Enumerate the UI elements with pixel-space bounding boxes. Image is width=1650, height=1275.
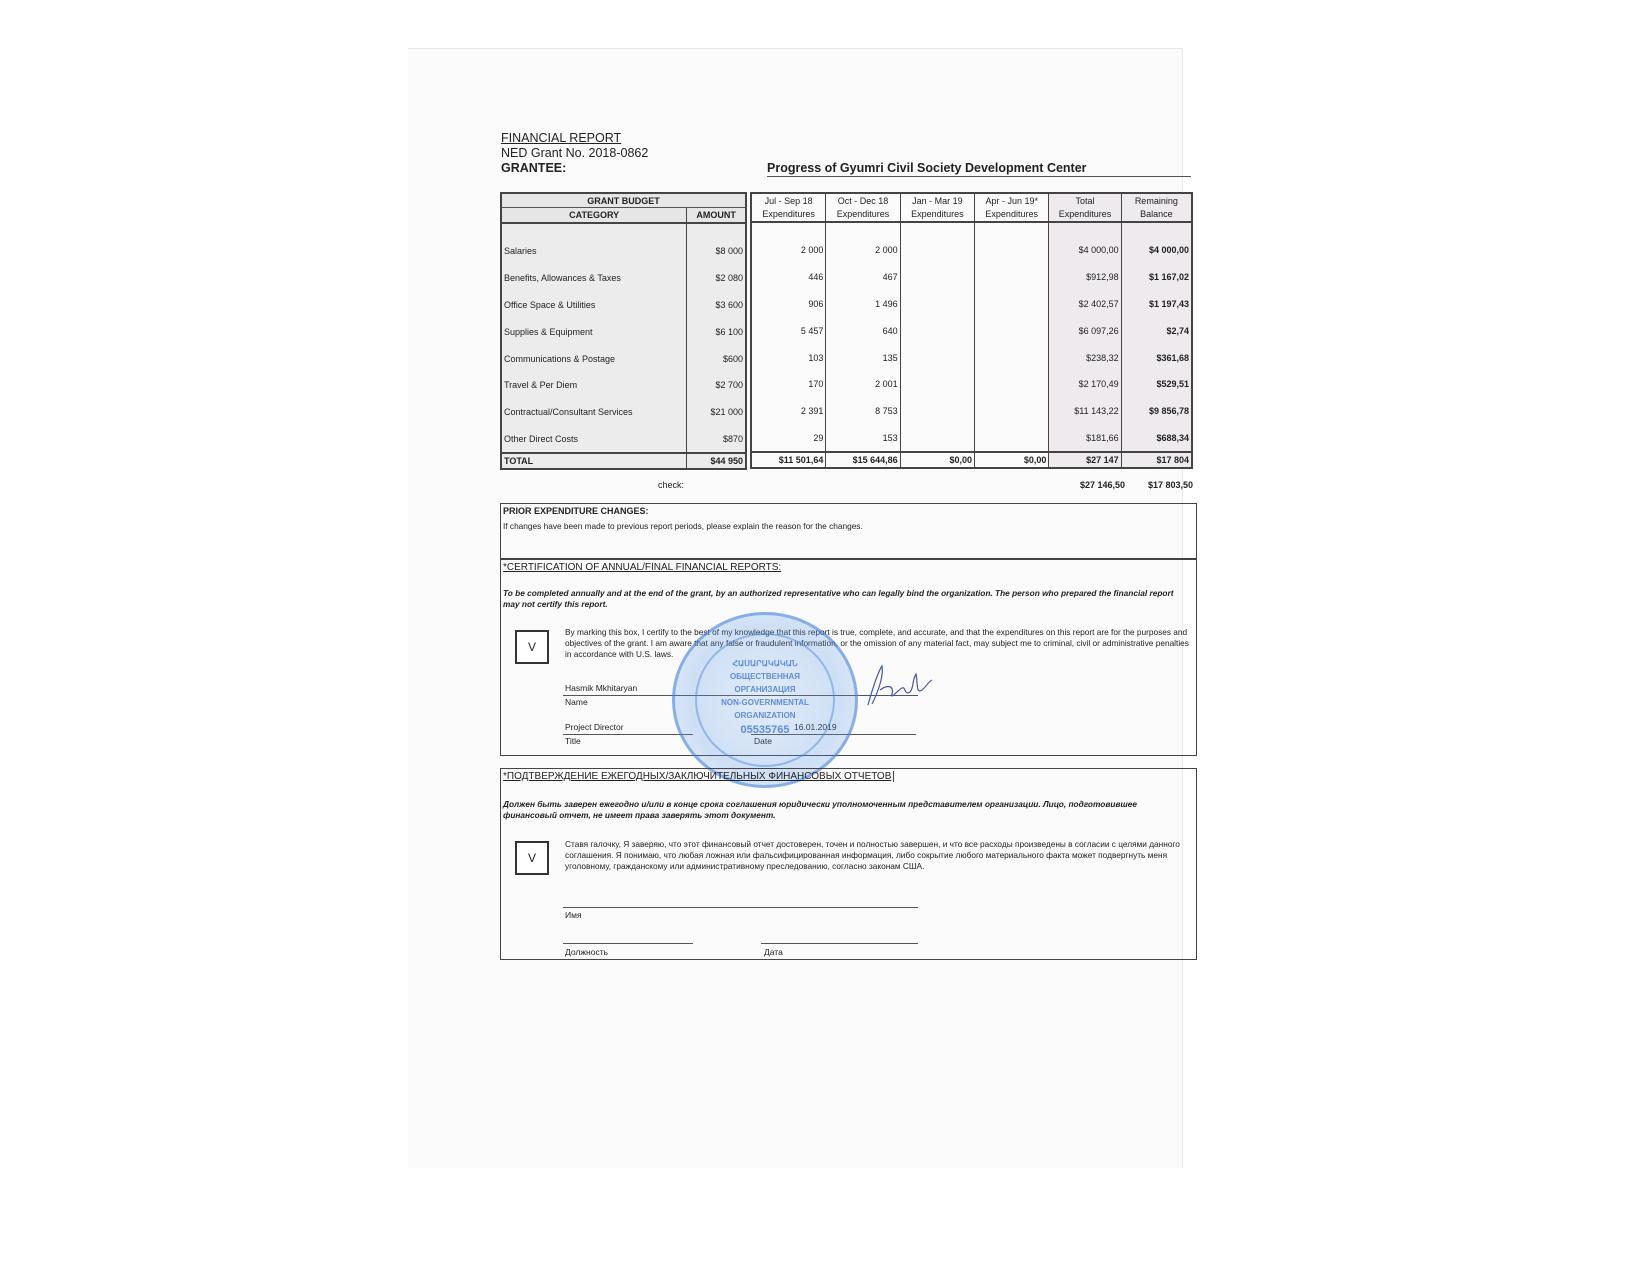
certification-ru-statement: Ставя галочку, Я заверяю, что этот финан… bbox=[565, 839, 1195, 872]
expenditure-cell: $1 167,02 bbox=[1121, 264, 1192, 291]
expenditure-cell: $4 000,00 bbox=[1049, 222, 1121, 264]
expenditure-cell: $238,32 bbox=[1049, 344, 1121, 371]
expenditure-cell bbox=[975, 425, 1049, 453]
expenditure-cell: $2,74 bbox=[1121, 317, 1192, 344]
header-line-2: Balance bbox=[1140, 209, 1173, 219]
grant-budget-table: GRANT BUDGET CATEGORY AMOUNT Salaries$8 … bbox=[500, 192, 747, 470]
col-category: CATEGORY bbox=[501, 208, 687, 224]
expenditure-cell: 2 000 bbox=[826, 222, 900, 264]
budget-category: Office Space & Utilities bbox=[501, 292, 687, 319]
check-label: check: bbox=[658, 480, 684, 490]
budget-category: Supplies & Equipment bbox=[501, 318, 687, 345]
expenditure-total-cell: $17 804 bbox=[1121, 452, 1192, 468]
budget-category: Benefits, Allowances & Taxes bbox=[501, 265, 687, 292]
expenditures-column-header: TotalExpenditures bbox=[1049, 193, 1121, 222]
header-line-1: Jan - Mar 19 bbox=[912, 196, 963, 206]
expenditure-cell bbox=[900, 291, 974, 318]
budget-total-row: TOTAL$44 950 bbox=[501, 453, 746, 469]
expenditures-row: 2 3918 753$11 143,22$9 856,78 bbox=[751, 398, 1192, 425]
ru-title-label: Должность bbox=[565, 947, 608, 957]
expenditure-cell: $529,51 bbox=[1121, 371, 1192, 398]
budget-category: Communications & Postage bbox=[501, 345, 687, 372]
title-line bbox=[563, 734, 693, 735]
budget-category: Contractual/Consultant Services bbox=[501, 399, 687, 426]
expenditure-total-cell: $0,00 bbox=[975, 452, 1049, 468]
ru-date-label: Дата bbox=[764, 947, 783, 957]
budget-category: Other Direct Costs bbox=[501, 426, 687, 454]
header-line-1: Apr - Jun 19* bbox=[985, 196, 1038, 206]
organization-stamp: ՀԱՍԱՐԱԿԱԿԱՆ ОБЩЕСТВЕННАЯ ОРГАНИЗАЦИЯ NON… bbox=[672, 612, 858, 788]
grant-number: NED Grant No. 2018-0862 bbox=[501, 146, 648, 160]
ru-name-line bbox=[563, 907, 918, 908]
expenditures-row: 446467$912,98$1 167,02 bbox=[751, 264, 1192, 291]
expenditure-cell: 135 bbox=[826, 344, 900, 371]
header-line-1: Remaining bbox=[1135, 196, 1178, 206]
budget-amount: $870 bbox=[687, 426, 746, 454]
budget-amount: $2 700 bbox=[687, 372, 746, 399]
expenditure-cell: $11 143,22 bbox=[1049, 398, 1121, 425]
expenditures-row: 9061 496$2 402,57$1 197,43 bbox=[751, 291, 1192, 318]
expenditure-cell: 2 000 bbox=[751, 222, 826, 264]
expenditure-cell bbox=[975, 371, 1049, 398]
expenditures-column-header: RemainingBalance bbox=[1121, 193, 1192, 222]
expenditure-cell: 170 bbox=[751, 371, 826, 398]
budget-amount: $3 600 bbox=[687, 292, 746, 319]
certification-checkbox[interactable]: V bbox=[515, 630, 549, 664]
budget-category: Travel & Per Diem bbox=[501, 372, 687, 399]
budget-category: Salaries bbox=[501, 223, 687, 265]
expenditure-cell: 2 001 bbox=[826, 371, 900, 398]
expenditures-column-header: Apr - Jun 19*Expenditures bbox=[975, 193, 1049, 222]
expenditures-row: 29153$181,66$688,34 bbox=[751, 425, 1192, 453]
expenditure-cell: $181,66 bbox=[1049, 425, 1121, 453]
expenditure-cell: 1 496 bbox=[826, 291, 900, 318]
prior-changes-title: PRIOR EXPENDITURE CHANGES: bbox=[503, 506, 649, 516]
budget-total-amount: $44 950 bbox=[687, 453, 746, 469]
expenditure-cell: $9 856,78 bbox=[1121, 398, 1192, 425]
expenditure-total-cell: $0,00 bbox=[900, 452, 974, 468]
expenditure-cell bbox=[900, 317, 974, 344]
header-line-2: Expenditures bbox=[837, 209, 890, 219]
header-line-1: Oct - Dec 18 bbox=[838, 196, 889, 206]
expenditure-cell: 8 753 bbox=[826, 398, 900, 425]
expenditure-cell bbox=[975, 291, 1049, 318]
signature-icon bbox=[860, 660, 935, 710]
grantee-name: Progress of Gyumri Civil Society Develop… bbox=[767, 161, 1191, 177]
stamp-line-4: NON-GOVERNMENTAL bbox=[675, 698, 855, 707]
expenditure-cell bbox=[975, 222, 1049, 264]
expenditure-cell: $688,34 bbox=[1121, 425, 1192, 453]
expenditure-cell: $912,98 bbox=[1049, 264, 1121, 291]
certification-ru-instructions: Должен быть заверен ежегодно и/или в кон… bbox=[503, 799, 1183, 821]
expenditure-cell: 906 bbox=[751, 291, 826, 318]
expenditure-cell: $6 097,26 bbox=[1049, 317, 1121, 344]
header-line-2: Expenditures bbox=[1059, 209, 1112, 219]
expenditure-cell: 2 391 bbox=[751, 398, 826, 425]
expenditures-row: 103135$238,32$361,68 bbox=[751, 344, 1192, 371]
certification-ru-title: *ПОДТВЕРЖДЕНИЕ ЕЖЕГОДНЫХ/ЗАКЛЮЧИТЕЛЬНЫХ … bbox=[503, 771, 894, 782]
stamp-line-2: ОБЩЕСТВЕННАЯ bbox=[675, 672, 855, 681]
budget-amount: $8 000 bbox=[687, 223, 746, 265]
expenditure-total-cell: $11 501,64 bbox=[751, 452, 826, 468]
expenditures-table: Jul - Sep 18ExpendituresOct - Dec 18Expe… bbox=[750, 192, 1193, 469]
ru-name-label: Имя bbox=[565, 910, 582, 920]
expenditure-total-cell: $27 147 bbox=[1049, 452, 1121, 468]
name-label: Name bbox=[565, 697, 588, 707]
expenditures-header-row: Jul - Sep 18ExpendituresOct - Dec 18Expe… bbox=[751, 193, 1192, 222]
budget-row: Salaries$8 000 bbox=[501, 223, 746, 265]
expenditure-cell: 29 bbox=[751, 425, 826, 453]
budget-amount: $21 000 bbox=[687, 399, 746, 426]
stamp-line-1: ՀԱՍԱՐԱԿԱԿԱՆ bbox=[675, 659, 855, 668]
budget-row: Office Space & Utilities$3 600 bbox=[501, 292, 746, 319]
budget-amount: $600 bbox=[687, 345, 746, 372]
stamp-line-3: ОРГАНИЗАЦИЯ bbox=[675, 685, 855, 694]
expenditure-cell bbox=[975, 344, 1049, 371]
check-total-expenditures: $27 146,50 bbox=[1080, 480, 1125, 490]
expenditures-total-row: $11 501,64$15 644,86$0,00$0,00$27 147$17… bbox=[751, 452, 1192, 468]
expenditure-cell bbox=[900, 371, 974, 398]
expenditure-cell: 103 bbox=[751, 344, 826, 371]
name-value[interactable]: Hasmik Mkhitaryan bbox=[565, 683, 637, 693]
certification-ru-section: *ПОДТВЕРЖДЕНИЕ ЕЖЕГОДНЫХ/ЗАКЛЮЧИТЕЛЬНЫХ … bbox=[500, 768, 1197, 960]
expenditure-cell: 153 bbox=[826, 425, 900, 453]
expenditures-column-header: Jul - Sep 18Expenditures bbox=[751, 193, 826, 222]
certification-instructions: To be completed annually and at the end … bbox=[503, 588, 1183, 610]
expenditures-column-header: Jan - Mar 19Expenditures bbox=[900, 193, 974, 222]
stamp-line-5: ORGANIZATION bbox=[675, 711, 855, 720]
expenditure-cell bbox=[900, 425, 974, 453]
expenditure-cell: $1 197,43 bbox=[1121, 291, 1192, 318]
ru-date-line bbox=[761, 943, 918, 944]
expenditure-cell bbox=[900, 264, 974, 291]
expenditure-cell bbox=[900, 398, 974, 425]
budget-total-label: TOTAL bbox=[501, 453, 687, 469]
budget-title: GRANT BUDGET bbox=[501, 193, 746, 208]
expenditure-cell bbox=[975, 264, 1049, 291]
certification-ru-checkbox[interactable]: V bbox=[515, 841, 549, 875]
budget-row: Benefits, Allowances & Taxes$2 080 bbox=[501, 265, 746, 292]
certification-statement: By marking this box, I certify to the be… bbox=[565, 627, 1195, 660]
report-title: FINANCIAL REPORT bbox=[501, 131, 621, 145]
expenditure-cell: 467 bbox=[826, 264, 900, 291]
budget-amount: $6 100 bbox=[687, 318, 746, 345]
title-label: Title bbox=[565, 736, 581, 746]
expenditure-cell: 5 457 bbox=[751, 317, 826, 344]
expenditure-cell: 640 bbox=[826, 317, 900, 344]
budget-row: Supplies & Equipment$6 100 bbox=[501, 318, 746, 345]
budget-amount: $2 080 bbox=[687, 265, 746, 292]
budget-row: Communications & Postage$600 bbox=[501, 345, 746, 372]
expenditure-cell: $4 000,00 bbox=[1121, 222, 1192, 264]
header-line-2: Expenditures bbox=[762, 209, 815, 219]
expenditure-cell: $2 170,49 bbox=[1049, 371, 1121, 398]
header-line-2: Expenditures bbox=[911, 209, 964, 219]
expenditures-column-header: Oct - Dec 18Expenditures bbox=[826, 193, 900, 222]
grantee-label: GRANTEE: bbox=[501, 161, 566, 175]
col-amount: AMOUNT bbox=[687, 208, 746, 224]
budget-row: Contractual/Consultant Services$21 000 bbox=[501, 399, 746, 426]
expenditures-row: 5 457640$6 097,26$2,74 bbox=[751, 317, 1192, 344]
budget-row: Travel & Per Diem$2 700 bbox=[501, 372, 746, 399]
expenditure-cell bbox=[975, 317, 1049, 344]
ru-title-line bbox=[563, 943, 693, 944]
header-line-1: Jul - Sep 18 bbox=[765, 196, 813, 206]
budget-row: Other Direct Costs$870 bbox=[501, 426, 746, 454]
expenditure-total-cell: $15 644,86 bbox=[826, 452, 900, 468]
expenditure-cell bbox=[900, 344, 974, 371]
stamp-line-6: 05535765 bbox=[675, 724, 855, 736]
header-line-1: Total bbox=[1076, 196, 1095, 206]
check-remaining-balance: $17 803,50 bbox=[1148, 480, 1193, 490]
prior-changes-text: If changes have been made to previous re… bbox=[503, 521, 863, 531]
header-line-2: Expenditures bbox=[985, 209, 1038, 219]
expenditures-row: 2 0002 000$4 000,00$4 000,00 bbox=[751, 222, 1192, 264]
expenditure-cell: $361,68 bbox=[1121, 344, 1192, 371]
expenditure-cell bbox=[975, 398, 1049, 425]
expenditure-cell: 446 bbox=[751, 264, 826, 291]
expenditure-cell: $2 402,57 bbox=[1049, 291, 1121, 318]
expenditures-row: 1702 001$2 170,49$529,51 bbox=[751, 371, 1192, 398]
certification-title: *CERTIFICATION OF ANNUAL/FINAL FINANCIAL… bbox=[503, 562, 781, 573]
prior-expenditure-changes-section: PRIOR EXPENDITURE CHANGES: If changes ha… bbox=[500, 503, 1197, 560]
expenditure-cell bbox=[900, 222, 974, 264]
title-value[interactable]: Project Director bbox=[565, 722, 624, 732]
